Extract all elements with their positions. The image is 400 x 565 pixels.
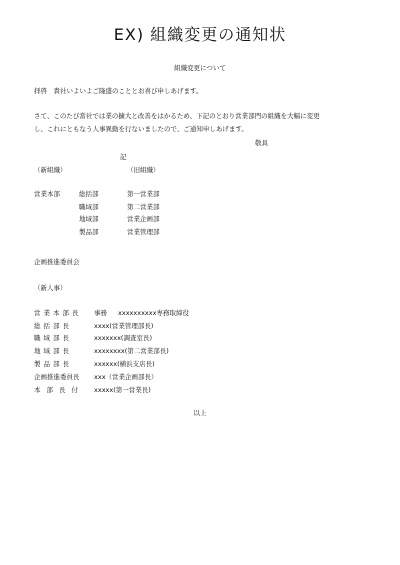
old-org-header: （旧組織） xyxy=(127,166,160,174)
division: 営業本部 xyxy=(34,190,60,198)
new-dept: 地域部 xyxy=(79,215,99,223)
old-dept: 営業管理部 xyxy=(127,228,160,236)
note: xxxxx(第一営業長) xyxy=(94,386,151,394)
body-line-2: し、これにともなう人事異動を行ないましたので、ご通知申しあげます。 xyxy=(34,125,248,133)
old-dept: 営業企画部 xyxy=(127,215,160,223)
new-dept: 製品部 xyxy=(79,228,99,236)
greeting: 拝啓 貴社いよいよご隆盛のこととお喜び申しあげます。 xyxy=(34,87,202,95)
note: xxxxxxx(調査室長) xyxy=(94,334,152,342)
closing: 以上 xyxy=(0,409,400,417)
committee: 企画推進委員会 xyxy=(34,258,80,266)
old-dept: 第二営業部 xyxy=(127,203,160,211)
document-title: EX) 組織変更の通知状 xyxy=(0,22,400,45)
post: 営業本部長 xyxy=(34,309,82,317)
post: 地域部長 xyxy=(34,347,72,355)
note: xxxx(営業管理部長) xyxy=(94,322,153,330)
post: 製品部長 xyxy=(34,360,72,368)
new-org-header: （新組織） xyxy=(34,166,67,174)
new-personnel-header: （新人事） xyxy=(34,284,67,292)
old-dept: 第一営業部 xyxy=(127,190,160,198)
note: xxxxxx(横浜支店長) xyxy=(94,360,155,368)
post: 総括部長 xyxy=(34,322,72,330)
subject-line: 組織変更について xyxy=(0,64,400,72)
body-line-1: さて、このたび當社では業の擴大と改善をはかるため、下記のとおり営業部門の組織を大… xyxy=(34,112,320,120)
post: 企画推進委員長 xyxy=(34,373,80,381)
note: xxxxxxxx(第二営業部長) xyxy=(94,347,169,355)
note: xxx（営業企画部長） xyxy=(94,373,158,381)
ki-heading: 記 xyxy=(120,153,127,161)
person-name: 事務 xyxy=(94,309,107,317)
note: xxxxxxxxxx専務取締役 xyxy=(118,309,189,317)
post: 職域部長 xyxy=(34,334,72,342)
new-dept: 職域部 xyxy=(79,203,99,211)
post: 本部長付 xyxy=(34,386,84,394)
sign-off: 敬具 xyxy=(255,139,268,147)
new-dept: 総括部 xyxy=(79,190,99,198)
